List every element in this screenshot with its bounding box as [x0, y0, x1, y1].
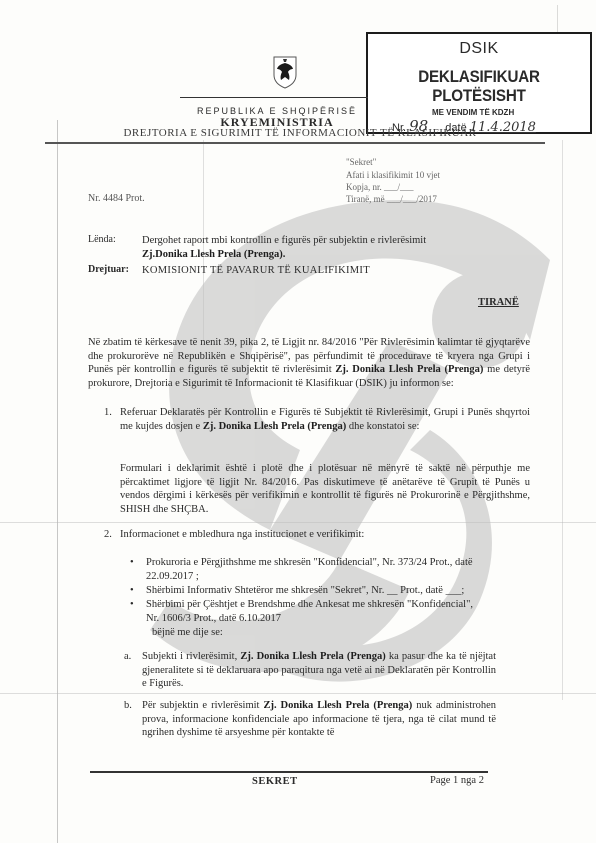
source-item: Shërbimi për Çështjet e Brendshme dhe An… [146, 598, 476, 625]
city: TIRANË [478, 296, 519, 310]
item1-text: Referuar Deklaratës për Kontrollin e Fig… [120, 406, 530, 433]
classification-duration: Afati i klasifikimit 10 vjet [346, 170, 440, 180]
intro-paragraph: Në zbatim të kërkesave të nenit 39, pika… [88, 336, 530, 390]
page-number: Page 1 nga 2 [430, 774, 484, 788]
item2-title: Informacionet e mbledhura nga institucio… [120, 528, 364, 542]
subject-label: Lënda: [88, 234, 116, 245]
sub-letter: a. [124, 650, 131, 664]
footer-rule [90, 771, 488, 773]
scan-artifact [0, 522, 596, 523]
footer-classification: SEKRET [252, 775, 298, 789]
subject-text: Dergohet raport mbi kontrollin e figurës… [142, 234, 530, 261]
copy-number: Kopja, nr. ___/___ [346, 182, 414, 192]
finding-b: Për subjektin e rivlerësimit Zj. Donika … [142, 699, 496, 740]
subject-name: Zj. Donika Llesh Prela (Prenga) [240, 651, 385, 662]
scan-artifact [57, 120, 58, 843]
bullet-icon: • [130, 584, 134, 598]
finding-text: Subjekti i rivlerësimit, [142, 651, 240, 662]
subject-name: Zj. Donika Llesh Prela (Prenga) [335, 364, 483, 375]
scan-artifact [0, 693, 596, 694]
item2-closing: bëjnë me dije se: [152, 626, 223, 640]
finding-a: Subjekti i rivlerësimit, Zj. Donika Lles… [142, 650, 496, 691]
source-item: Prokuroria e Përgjithshme me shkresën "K… [146, 556, 476, 583]
addressee-label: Drejtuar: [88, 264, 129, 275]
item1-paragraph: Formulari i deklarimit është i plotë dhe… [120, 462, 530, 516]
item1-number: 1. [104, 406, 112, 420]
header-rule [45, 142, 545, 144]
subject-name: Zj. Donika Llesh Prela (Prenga) [203, 421, 346, 432]
item2-number: 2. [104, 528, 112, 542]
subject-description: Dergohet raport mbi kontrollin e figurës… [142, 235, 426, 246]
sub-letter: b. [124, 699, 132, 713]
protocol-number: Nr. 4484 Prot. [88, 193, 145, 204]
item1-tail: dhe konstatoi se: [346, 421, 419, 432]
source-item: Shërbimi Informativ Shtetëror me shkresë… [146, 584, 506, 598]
watermark-logo [150, 200, 550, 720]
stamp-title: DSIK [368, 40, 590, 58]
place-date: Tiranë, më ___/___/2017 [346, 194, 437, 204]
stamp-authority: ME VENDIM TË KDZH [432, 108, 514, 117]
directorate-name: DREJTORIA E SIGURIMIT TË INFORMACIONIT T… [60, 127, 540, 139]
subject-name: Zj.Donika Llesh Prela (Prenga). [142, 249, 285, 260]
classification-label: "Sekret" [346, 157, 376, 167]
bullet-icon: • [130, 598, 134, 612]
declassification-stamp: DSIK DEKLASIFIKUAR PLOTËSISHT ME VENDIM … [366, 32, 592, 134]
divider [180, 97, 368, 98]
finding-text: Për subjektin e rivlerësimit [142, 700, 263, 711]
scan-artifact [562, 140, 563, 700]
bullet-icon: • [130, 556, 134, 570]
addressee-text: KOMISIONIT TË PAVARUR TË KUALIFIKIMIT [142, 264, 370, 278]
subject-name: Zj. Donika Llesh Prela (Prenga) [263, 700, 412, 711]
stamp-subtitle: DEKLASIFIKUAR PLOTËSISHT [377, 68, 581, 106]
albania-coat-of-arms-icon [272, 55, 298, 89]
